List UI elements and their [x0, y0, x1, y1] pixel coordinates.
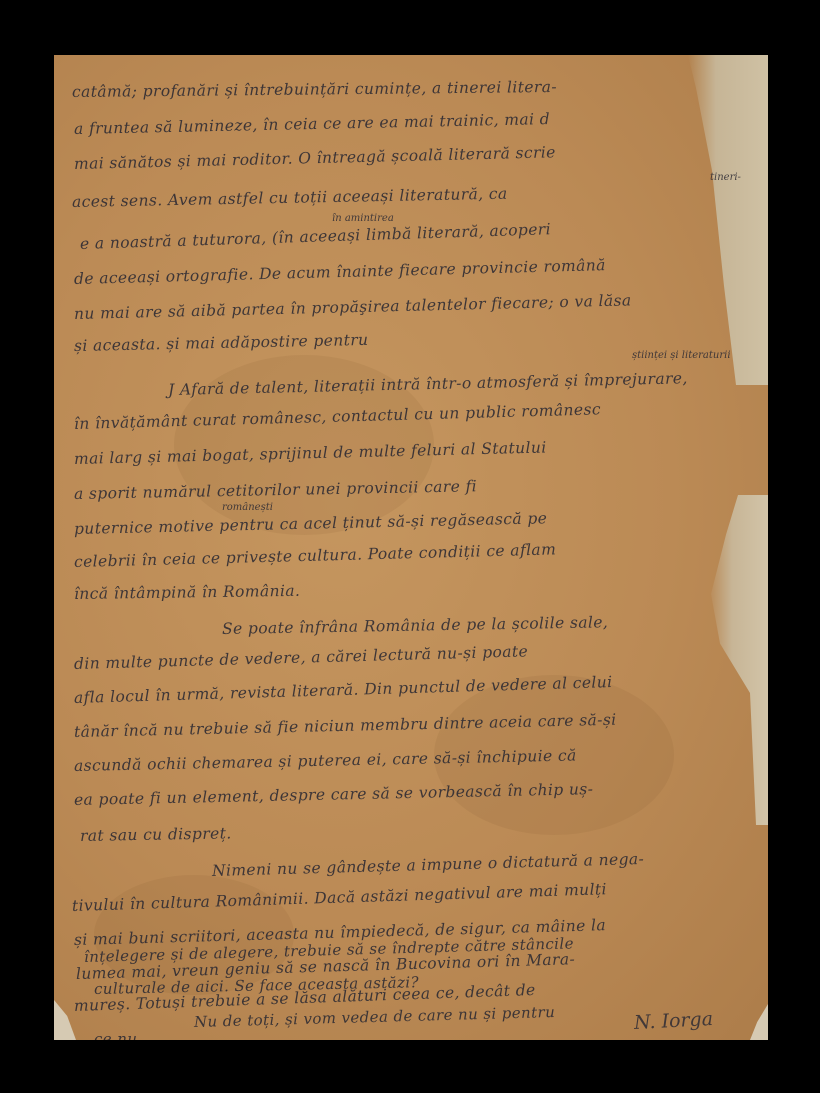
manuscript-line: de aceeași ortografie. De acum înainte f…: [74, 256, 606, 288]
scan-background: catâmă; profanări și întrebuințări cumin…: [0, 0, 820, 1093]
manuscript-line: din multe puncte de vedere, a cărei lect…: [74, 642, 529, 673]
manuscript-line: ce nu.: [94, 1030, 143, 1040]
manuscript-line: e a noastră a tuturora, (în aceeași limb…: [80, 220, 552, 253]
manuscript-line: catâmă; profanări și întrebuințări cumin…: [72, 78, 557, 101]
manuscript-line: a fruntea să lumineze, în ceia ce are ea…: [74, 110, 550, 138]
torn-edge-top-right: [688, 55, 768, 385]
torn-corner-bottom-left: [54, 1000, 76, 1040]
manuscript-line: Se poate înfrâna România de pe la școlil…: [222, 613, 608, 638]
manuscript-line: încă întâmpină în România.: [74, 582, 300, 603]
torn-corner-bottom-right: [750, 1004, 768, 1040]
manuscript-line: acest sens. Avem astfel cu toții aceeași…: [72, 185, 508, 211]
manuscript-line: rat sau cu dispreț.: [80, 824, 232, 845]
interlinear-note: științei și literaturii: [632, 350, 731, 361]
interlinear-note: românești: [222, 502, 273, 513]
torn-edge-middle-right: [708, 495, 768, 825]
interlinear-note: în amintirea: [332, 213, 394, 224]
manuscript-line: a sporit numărul cetitorilor unei provin…: [74, 477, 477, 503]
manuscript-line: nu mai are să aibă partea în propăşirea …: [74, 291, 632, 323]
manuscript-line: și aceasta. și mai adăpostire pentru: [74, 331, 369, 355]
manuscript-line: celebrii în ceia ce privește cultura. Po…: [74, 540, 557, 571]
signature: N. Iorga: [633, 1008, 713, 1034]
manuscript-page: catâmă; profanări și întrebuințări cumin…: [54, 55, 768, 1040]
interlinear-note: tineri-: [710, 172, 741, 183]
manuscript-line: Nimeni nu se gândește a impune o dictatu…: [212, 850, 645, 880]
manuscript-line: mai sănătos și mai roditor. O întreagă ș…: [74, 143, 556, 173]
